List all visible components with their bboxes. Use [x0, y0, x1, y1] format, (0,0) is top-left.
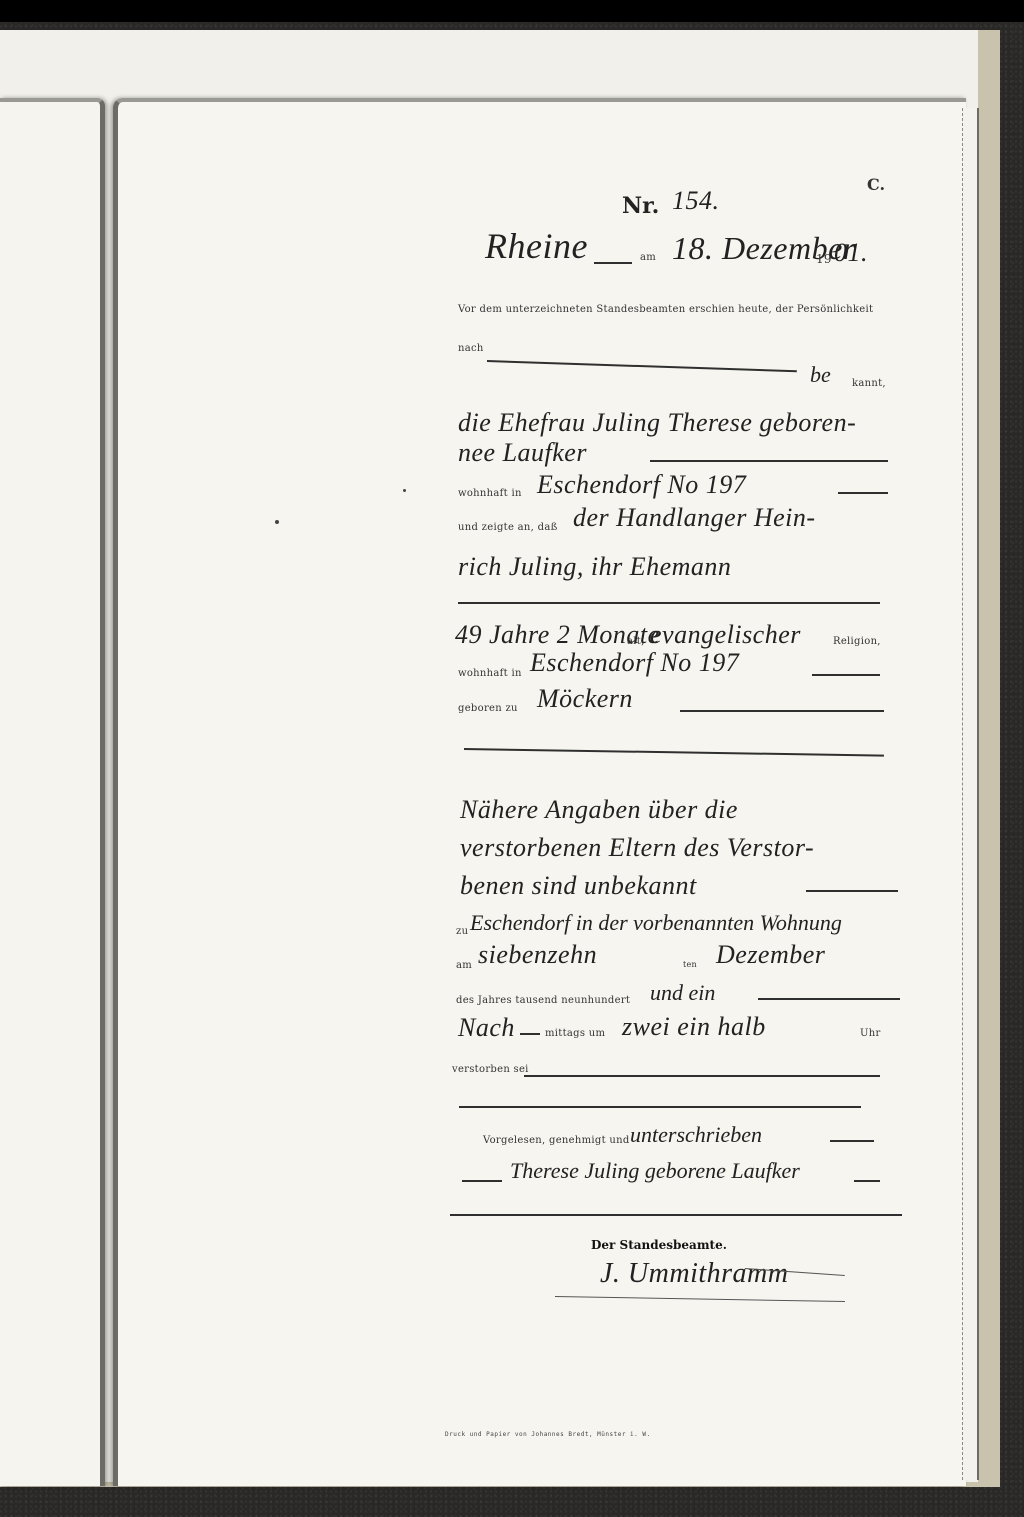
died-label: verstorben sei [452, 1064, 529, 1075]
strike-line [487, 360, 797, 372]
intro-text: Vor dem unterzeichneten Standesbeamten e… [458, 304, 873, 315]
residence-label-1: wohnhaft in [458, 488, 522, 499]
residence-field-2: Eschendorf No 197 [530, 648, 739, 678]
informant-line-1: die Ehefrau Juling Therese geboren- [458, 408, 856, 438]
known-field: be [810, 362, 831, 388]
registrar-label: Der Standesbeamte. [591, 1238, 727, 1252]
residence-underline-1 [838, 492, 888, 494]
year-words-field: und ein [650, 980, 715, 1006]
death-place-label: zu [456, 926, 468, 937]
known-suffix: kannt, [852, 378, 886, 389]
birthplace-field: Möckern [537, 684, 633, 714]
age-suffix: alt, [627, 636, 645, 647]
parents-line-1: Nähere Angaben über die [460, 795, 738, 825]
birthplace-label: geboren zu [458, 703, 518, 714]
month-field: Dezember [716, 940, 825, 970]
printer-footer: Druck und Papier von Johannes Bredt, Mün… [445, 1431, 651, 1438]
death-certificate-form: C. Nr. 154. Rheine am 18. Dezember 19 01… [0, 0, 1024, 1517]
day-label: am [456, 960, 472, 971]
died-underline [524, 1075, 880, 1077]
time-field: zwei ein halb [622, 1012, 766, 1042]
time-period-field: Nach [458, 1013, 515, 1043]
nach-label: nach [458, 343, 484, 354]
residence-label-2: wohnhaft in [458, 668, 522, 679]
religion-label: Religion, [833, 636, 881, 647]
registrar-signature: J. Ummithramm [600, 1258, 789, 1290]
year-field: 01. [834, 238, 868, 268]
place-field: Rheine [485, 225, 588, 267]
informant-underline [650, 460, 888, 462]
read-approved-label: Vorgelesen, genehmigt und [483, 1135, 630, 1146]
record-number-label: Nr. [622, 193, 659, 219]
informant-line-2: nee Laufker [458, 438, 587, 468]
parents-line-3: benen sind unbekannt [460, 871, 697, 901]
signature-flourish [555, 1296, 845, 1302]
signature-trail-line [854, 1180, 880, 1182]
residence-field-1: Eschendorf No 197 [537, 470, 746, 500]
read-approved-underline [830, 1140, 874, 1142]
death-place-field: Eschendorf in der vorbenannten Wohnung [470, 910, 842, 936]
date-prefix: am [640, 252, 656, 263]
day-field: siebenzehn [478, 940, 597, 970]
year-prefix: 19 [816, 252, 832, 266]
deceased-line-2: rich Juling, ihr Ehemann [458, 552, 731, 582]
year-words-underline [758, 998, 900, 1000]
signature-lead-line [462, 1180, 502, 1182]
strike-line-2 [464, 748, 884, 757]
reported-label: und zeigte an, daß [458, 522, 558, 533]
residence-underline-2 [812, 674, 880, 676]
strike-line-3 [459, 1106, 861, 1108]
series-letter: C. [867, 175, 885, 194]
religion-field: evangelischer [650, 620, 801, 650]
closing-rule [450, 1214, 902, 1216]
time-period-underline [520, 1033, 540, 1035]
read-approved-field: unterschrieben [630, 1122, 762, 1148]
deceased-underline [458, 602, 880, 604]
deceased-line-1: der Handlanger Hein- [573, 503, 816, 533]
informant-signature: Therese Juling geborene Laufker [510, 1158, 800, 1184]
day-suffix: ten [683, 960, 697, 969]
birthplace-underline [680, 710, 884, 712]
parents-underline [806, 890, 898, 892]
parents-line-2: verstorbenen Eltern des Verstor- [460, 833, 814, 863]
place-underline [594, 262, 632, 264]
mittags-label: mittags um [545, 1028, 605, 1039]
record-number: 154. [672, 186, 720, 216]
uhr-label: Uhr [860, 1028, 881, 1039]
year-words-label: des Jahres tausend neunhundert [456, 995, 630, 1006]
